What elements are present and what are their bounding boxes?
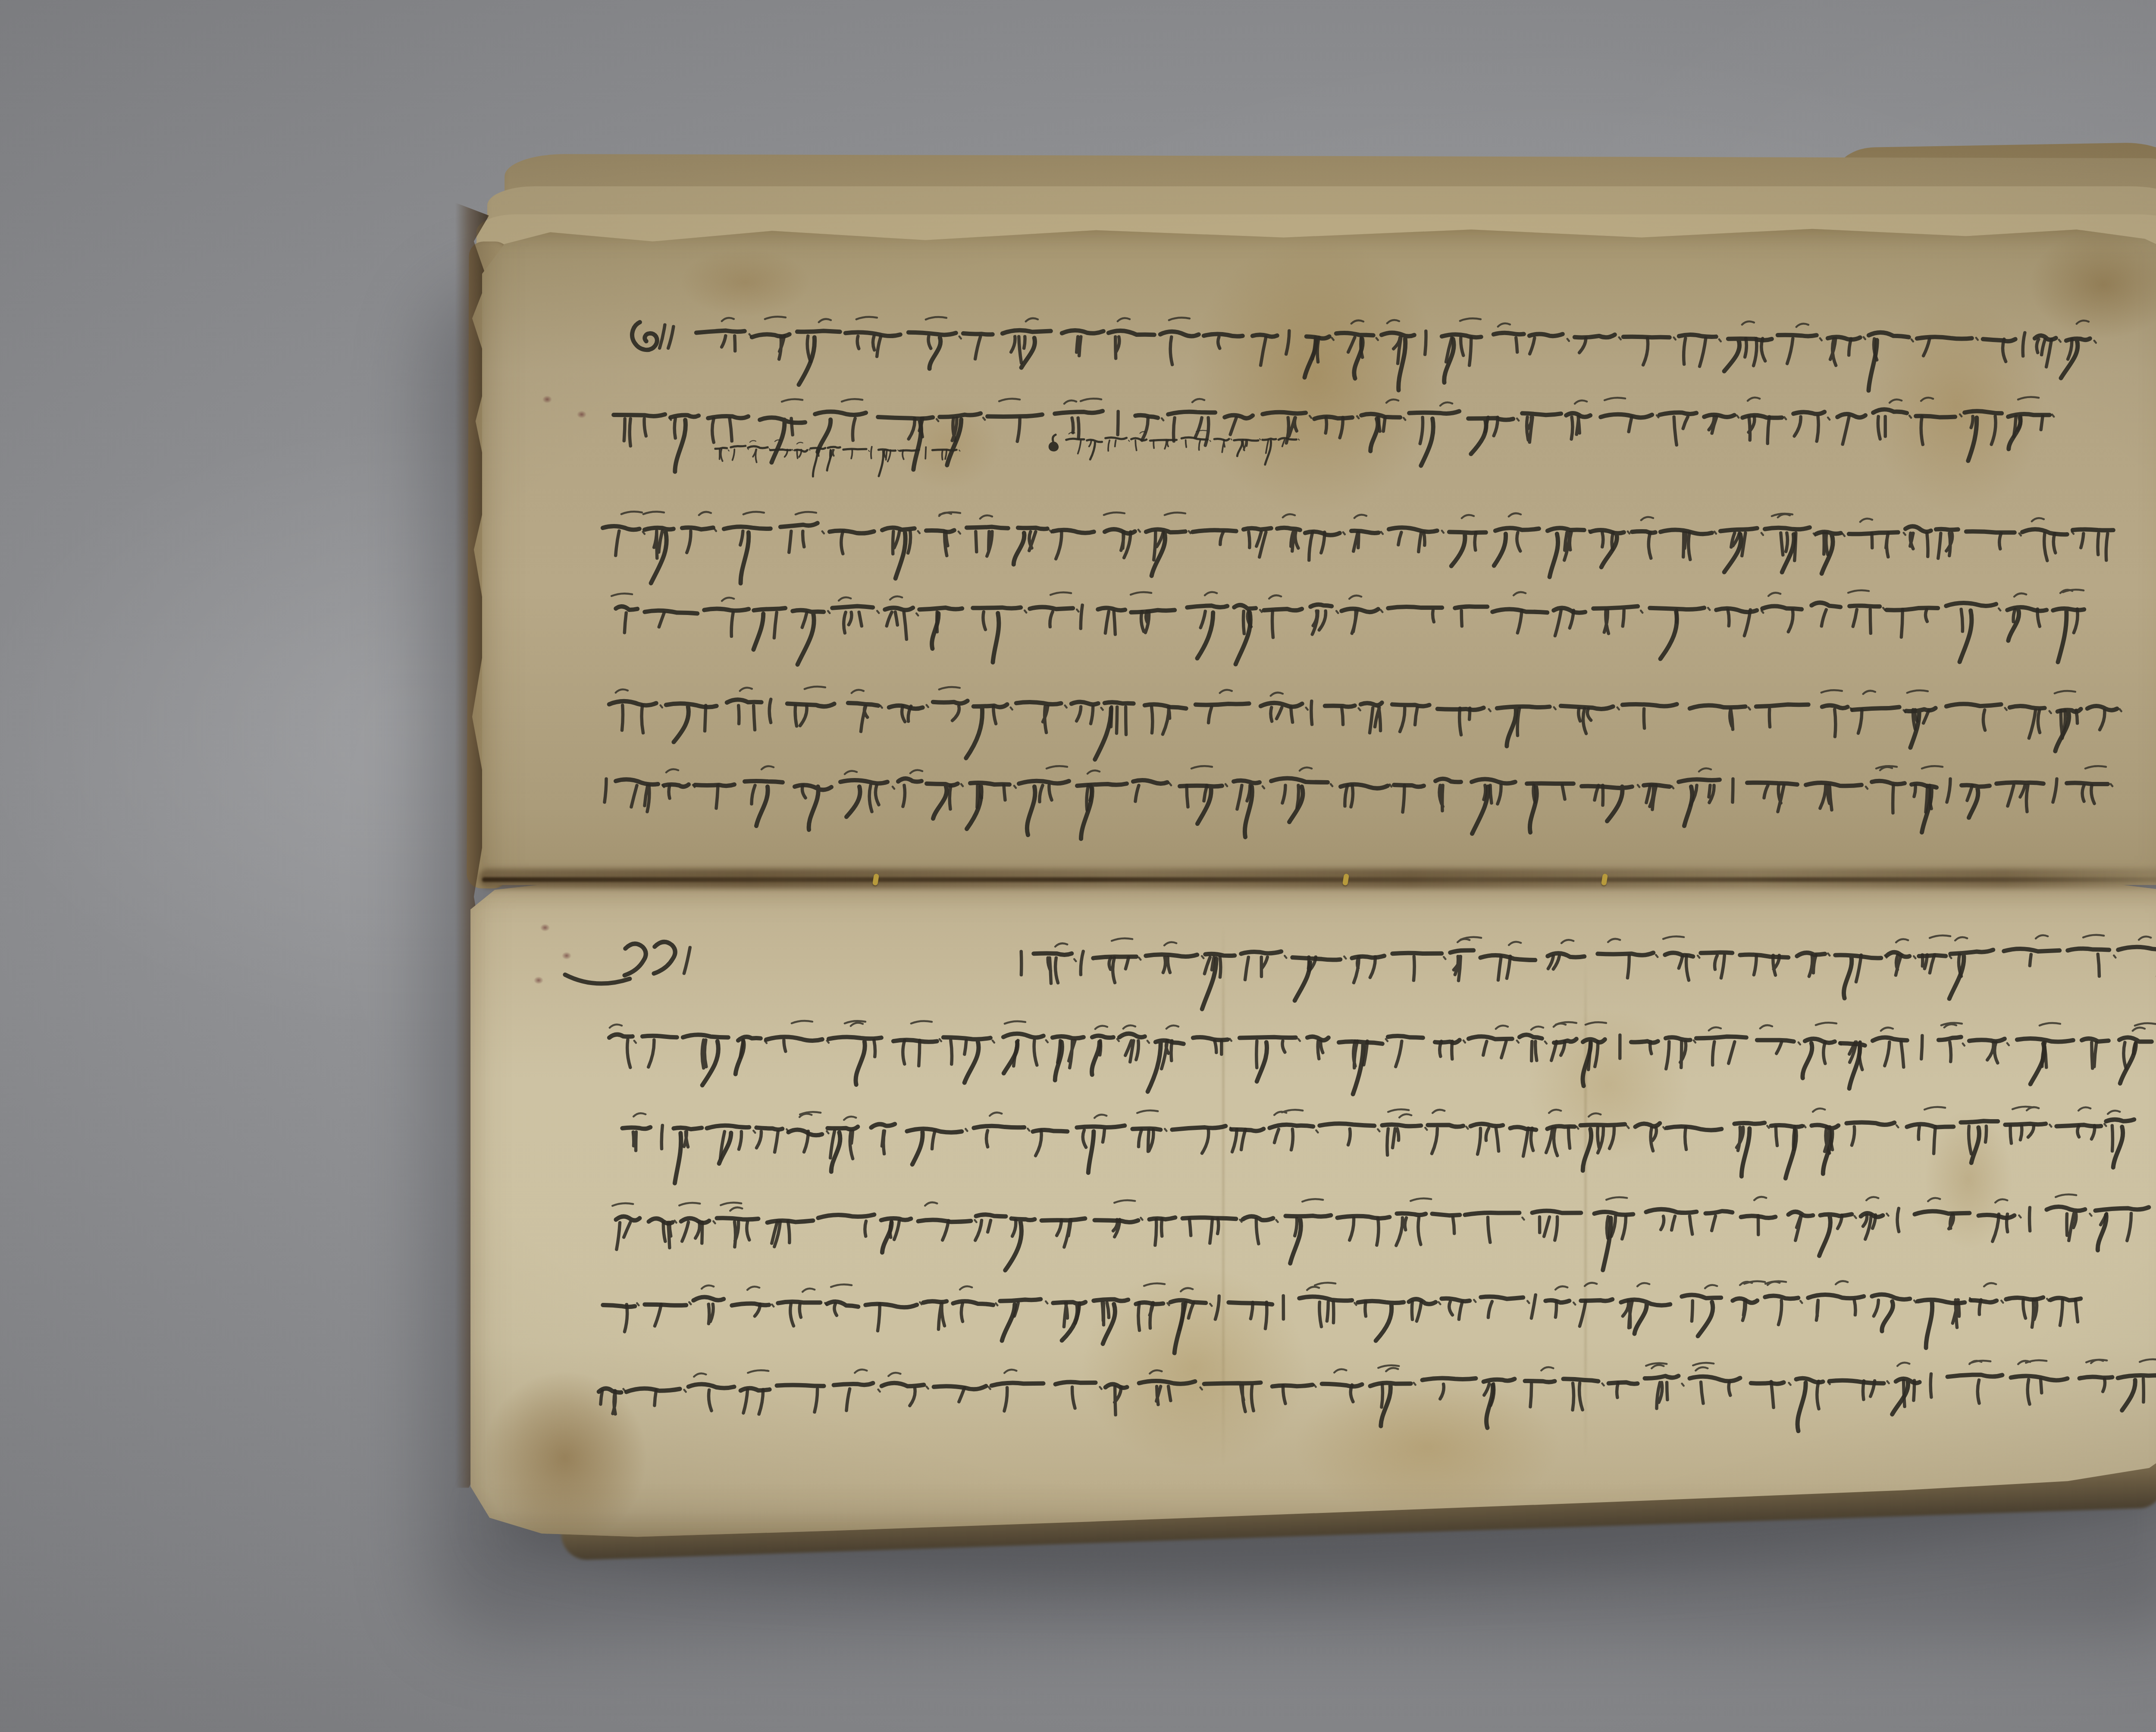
paper-crease xyxy=(1222,926,1224,1465)
stain xyxy=(1189,237,1439,513)
ink-speck xyxy=(576,410,588,419)
ink-speck xyxy=(541,395,553,404)
ink-speck xyxy=(561,951,573,960)
ink-speck xyxy=(539,923,551,932)
stain xyxy=(879,384,1017,505)
stain xyxy=(1910,1087,2027,1272)
photograph xyxy=(0,0,2156,1732)
lower-page xyxy=(464,883,2156,1539)
stain xyxy=(1840,263,2073,548)
stain xyxy=(1044,1233,1345,1501)
stain xyxy=(659,237,831,328)
ink-speck xyxy=(533,976,545,985)
paper-crease xyxy=(1585,961,1586,1457)
worn-corner-patch xyxy=(483,1371,647,1544)
upper-page xyxy=(482,224,2156,885)
stain xyxy=(1501,983,1716,1186)
center-fold-seam-line xyxy=(482,877,2156,882)
